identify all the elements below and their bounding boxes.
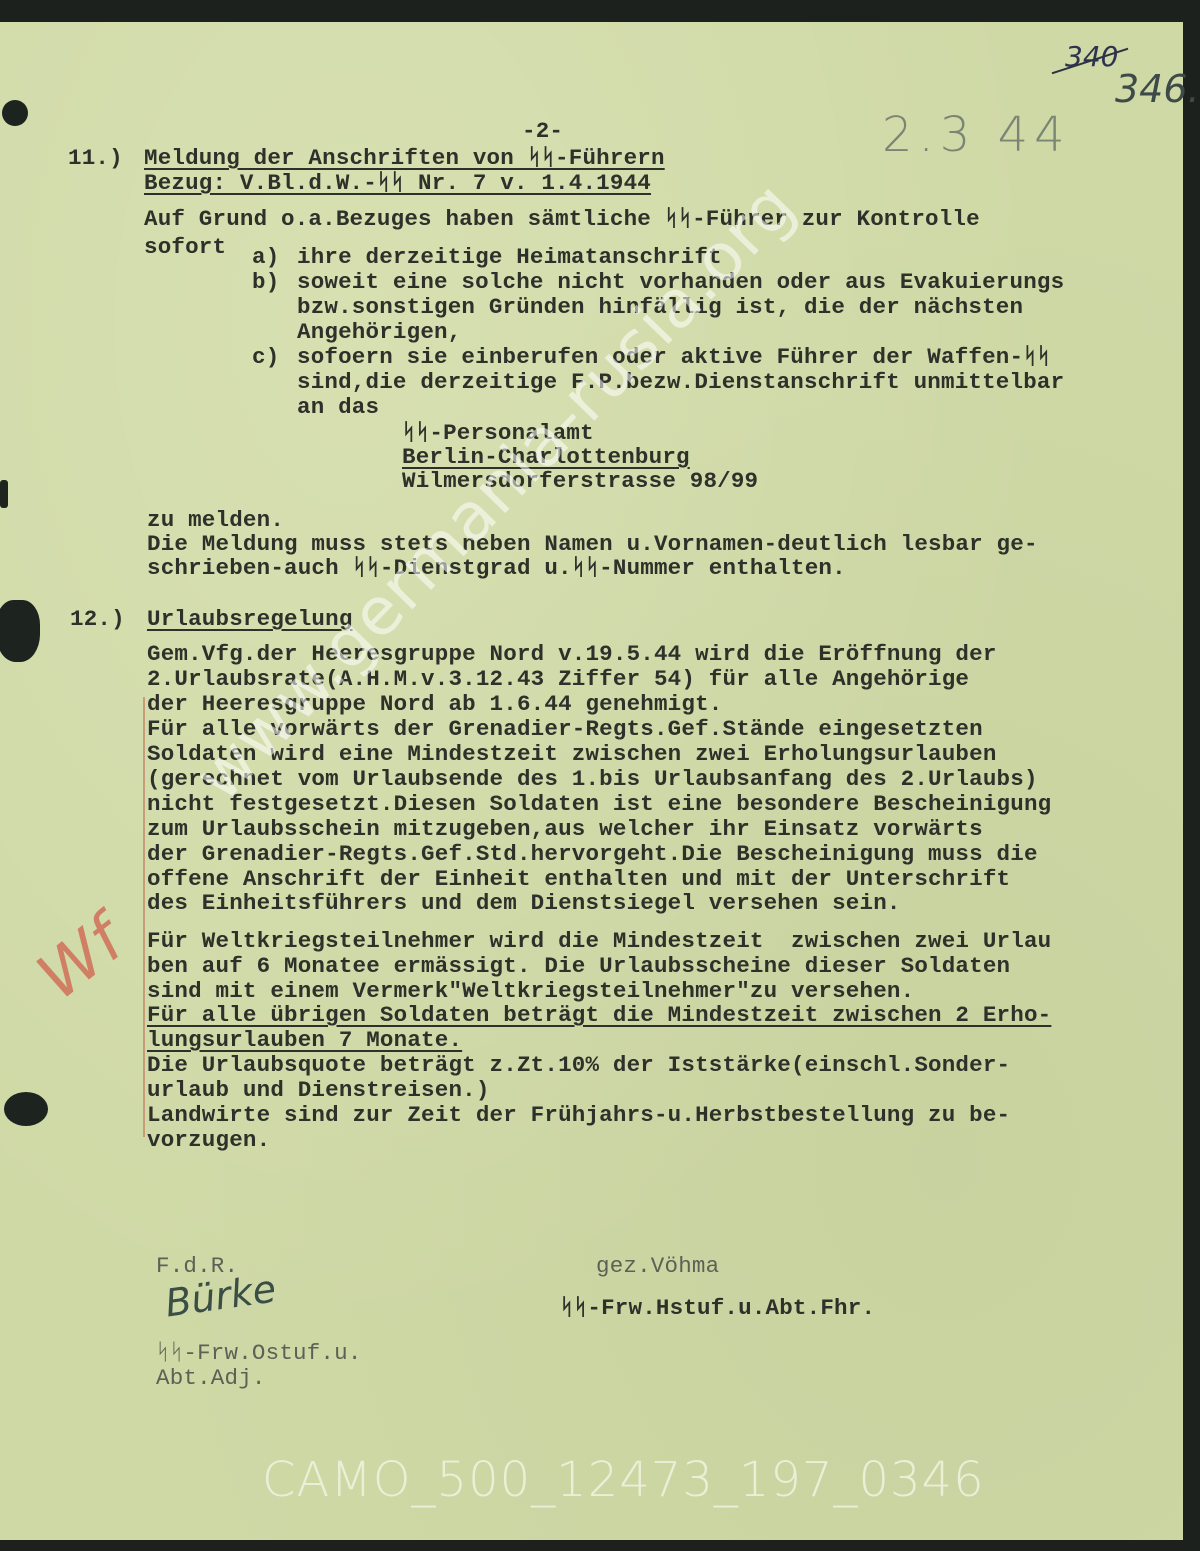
item-label: a) xyxy=(252,244,279,270)
closing-line: Die Meldung muss stets neben Namen u.Vor… xyxy=(147,531,1038,557)
paragraph-line-underlined: Für alle übrigen Soldaten beträgt die Mi… xyxy=(147,1002,1051,1028)
right-rank: ᛋᛋ-Frw.Hstuf.u.Abt.Fhr. xyxy=(560,1295,875,1321)
paragraph-line: des Einheitsführers und dem Dienstsiegel… xyxy=(147,890,901,916)
closing-line: zu melden. xyxy=(147,507,284,533)
paragraph-line: ben auf 6 Monatee ermässigt. Die Urlaubs… xyxy=(147,953,1010,979)
page-number: -2- xyxy=(522,118,563,144)
paragraph-line: nicht festgesetzt.Diesen Soldaten ist ei… xyxy=(147,791,1051,817)
section-11-intro-sofort: sofort xyxy=(144,234,226,260)
item-label: b) xyxy=(252,269,279,295)
item-text: an das xyxy=(297,394,379,420)
margin-initials: Wf xyxy=(24,903,137,1014)
document-page: 340 346. 2.3 44 -2- 11.) Meldung der Ans… xyxy=(0,22,1183,1540)
paragraph-line: Landwirte sind zur Zeit der Frühjahrs-u.… xyxy=(147,1102,1010,1128)
item-text: sind,die derzeitige F.P.bezw.Dienstansch… xyxy=(297,369,1064,395)
punch-hole xyxy=(0,600,40,662)
margin-red-line xyxy=(143,697,145,1137)
left-rank-line1: ᛋᛋ-Frw.Ostuf.u. xyxy=(156,1340,362,1366)
section-11-number: 11.) xyxy=(68,145,123,171)
section-11-reference: Bezug: V.Bl.d.W.-ᛋᛋ Nr. 7 v. 1.4.1944 xyxy=(144,170,651,196)
archive-stamp-new: 346. xyxy=(1115,67,1200,111)
paragraph-line: offene Anschrift der Einheit enthalten u… xyxy=(147,866,1010,892)
paragraph-line: zum Urlaubsschein mitzugeben,aus welcher… xyxy=(147,816,983,842)
archive-id: CAMO_500_12473_197_0346 xyxy=(262,1452,985,1508)
section-11-title: Meldung der Anschriften von ᛋᛋ-Führern xyxy=(144,145,665,171)
section-12-number: 12.) xyxy=(70,606,125,632)
paragraph-line: (gerechnet vom Urlaubsende des 1.bis Url… xyxy=(147,766,1038,792)
paragraph-line: vorzugen. xyxy=(147,1127,270,1153)
paragraph-line-underlined: lungsurlauben 7 Monate. xyxy=(147,1027,462,1053)
gez-signatory: gez.Vöhma xyxy=(596,1253,719,1279)
punch-hole xyxy=(0,480,8,508)
left-rank-line2: Abt.Adj. xyxy=(156,1365,266,1391)
item-text: Angehörigen, xyxy=(297,319,461,345)
archive-stamp-old: 340 xyxy=(1065,40,1118,73)
paragraph-line: urlaub und Dienstreisen.) xyxy=(147,1077,490,1103)
paragraph-line: der Grenadier-Regts.Gef.Std.hervorgeht.D… xyxy=(147,841,1038,867)
punch-hole xyxy=(4,1092,48,1126)
closing-line: schrieben-auch ᛋᛋ-Dienstgrad u.ᛋᛋ-Nummer… xyxy=(147,555,846,581)
handwritten-date: 2.3 44 xyxy=(882,107,1071,163)
item-label: c) xyxy=(252,344,279,370)
punch-hole xyxy=(2,100,28,126)
paragraph-line: Für Weltkriegsteilnehmer wird die Mindes… xyxy=(147,928,1051,954)
paragraph-line: sind mit einem Vermerk"Weltkriegsteilneh… xyxy=(147,978,914,1004)
paragraph-line: Die Urlaubsquote beträgt z.Zt.10% der Is… xyxy=(147,1052,1010,1078)
section-11-intro: Auf Grund o.a.Bezuges haben sämtliche ᛋᛋ… xyxy=(144,206,980,232)
